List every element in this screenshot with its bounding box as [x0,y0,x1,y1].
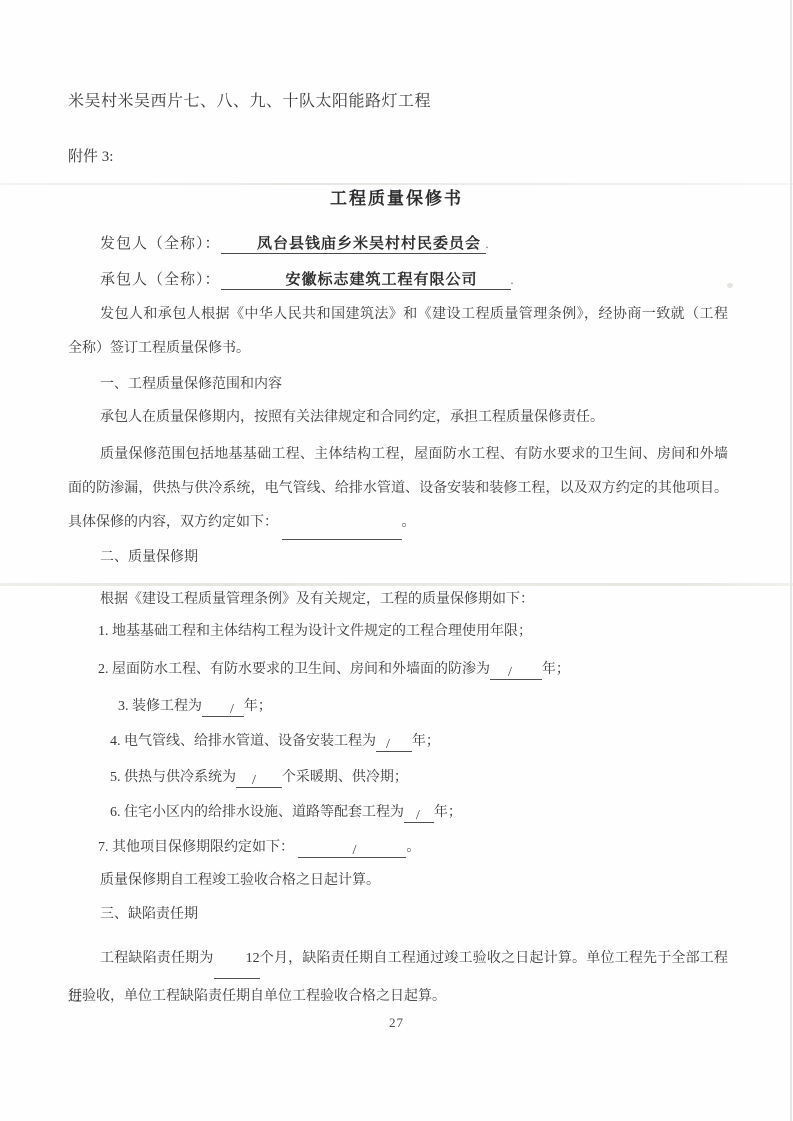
item-text: 装修工程为 [132,699,202,714]
item-text: 其他项目保修期限约定如下： [112,840,294,855]
scope-agreement-label: 具体保修的内容，双方约定如下： [68,515,278,530]
item-number: 7. [98,840,109,855]
warranty-period-closing: 质量保修期自工程竣工验收合格之日起计算。 [68,871,760,891]
scope-line-period: 。 [402,515,416,530]
item-suffix: 。 [406,840,420,855]
slash-mark: / [353,843,357,858]
item-number: 1. [98,624,109,639]
contractor-name-underline: 安徽标志建筑工程有限公司 [221,270,511,290]
item-text: 供热与供冷系统为 [124,770,236,785]
item-text: 住宅小区内的给排水设施、道路等配套工程为 [124,805,404,820]
contractor-line-dot: . [511,273,515,287]
section1-heading: 一、工程质量保修范围和内容 [68,375,760,395]
warranty-item-1: 1. 地基基础工程和主体结构工程为设计文件规定的工程合理使用年限； [68,622,758,642]
item-number: 2. [98,662,109,677]
slash-mark: / [508,665,512,680]
item-text: 屋面防水工程、有防水要求的卫生间、房间和外墙面的防渗为 [112,662,490,677]
warranty-scope-line-1: 质量保修范围包括地基基础工程、主体结构工程，屋面防水工程、有防水要求的卫生间、房… [68,438,728,472]
item-periods-blank: / [236,771,282,788]
item-number: 6. [110,805,121,820]
attachment-label: 附件 3: [68,147,728,167]
item-suffix: 个采暖期、供冷期； [282,770,408,785]
section3-heading: 三、缺陷责任期 [68,905,760,925]
item-text: 地基基础工程和主体结构工程为设计文件规定的工程合理使用年限； [112,624,532,639]
item-suffix: 年； [434,805,462,820]
scan-edge-line [790,0,792,1121]
warranty-scope-line-3: 具体保修的内容，双方约定如下： 。 [68,506,728,540]
warranty-scope-line-2: 面的防渗漏，供热与供冷系统，电气管线、给排水管道、设备安装和装修工程，以及双方约… [68,472,728,506]
item-number: 4. [110,734,121,749]
defect-months-value: 12 [214,940,260,979]
scanned-document-page: 米吴村米吴西片七、八、九、十队太阳能路灯工程 附件 3: 工程质量保修书 发包人… [0,0,793,1121]
slash-mark: / [252,773,256,788]
warranty-item-7: 7. 其他项目保修期限约定如下： /。 [68,838,758,858]
page-number: 27 [0,1013,793,1033]
project-name-line: 米吴村米吴西片七、八、九、十队太阳能路灯工程 [68,92,728,112]
item-suffix: 年； [244,699,272,714]
scan-seam-line-top [0,183,793,185]
intro-line-2: 全称）签订工程质量保修书。 [68,332,728,366]
warranty-item-4: 4. 电气管线、给排水管道、设备安装工程为/年； [68,732,770,752]
item-years-blank: / [404,806,434,823]
document-title: 工程质量保修书 [0,189,793,209]
other-items-blank: / [298,841,407,858]
section1-para1: 承包人在质量保修期内，按照有关法律规定和合同约定，承担工程质量保修责任。 [68,408,760,428]
item-suffix: 年； [542,662,570,677]
contractor-row: 承包人（全称）：安徽标志建筑工程有限公司. [68,270,728,290]
section2-heading: 二、质量保修期 [68,548,760,568]
item-years-blank: / [490,663,542,680]
warranty-item-2: 2. 屋面防水工程、有防水要求的卫生间、房间和外墙面的防渗为/年； [68,660,758,680]
slash-mark: / [416,808,420,823]
warranty-item-3: 3. 装修工程为/年； [68,697,778,717]
defect-period-line-1: 工程缺陷责任期为12个月，缺陷责任期自工程通过竣工验收之日起计算。单位工程先于全… [68,940,728,978]
item-text: 电气管线、给排水管道、设备安装工程为 [124,734,376,749]
employer-label: 发包人（全称）： [100,236,221,252]
section2-intro: 根据《建设工程质量管理条例》及有关规定，工程的质量保修期如下： [68,590,760,610]
defect-period-prefix: 工程缺陷责任期为 [100,951,214,966]
contractor-label: 承包人（全称）： [100,272,221,288]
item-number: 5. [110,770,121,785]
scan-seam-line-middle [0,583,793,586]
item-years-blank: / [202,700,244,717]
defect-period-line-2: 行验收，单位工程缺陷责任期自单位工程验收合格之日起算。 [68,978,728,1016]
intro-line-1: 发包人和承包人根据《中华人民共和国建筑法》和《建设工程质量管理条例》，经协商一致… [68,298,728,332]
slash-mark: / [386,737,390,752]
item-years-blank: / [376,735,412,752]
warranty-item-5: 5. 供热与供冷系统为/个采暖期、供冷期； [68,768,770,788]
scope-content-blank [282,524,402,540]
item-number: 3. [118,699,129,714]
employer-row: 发包人（全称）：凤台县钱庙乡米吴村村民委员会. [68,234,728,254]
warranty-item-6: 6. 住宅小区内的给排水设施、道路等配套工程为/年； [68,803,770,823]
employer-line-dot: . [486,237,490,251]
item-suffix: 年； [412,734,440,749]
slash-mark: / [230,702,234,717]
employer-name-underline: 凤台县钱庙乡米吴村村民委员会 [221,234,486,254]
